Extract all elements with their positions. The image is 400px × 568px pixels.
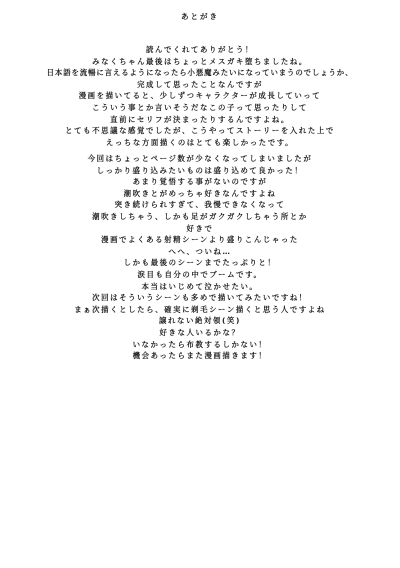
- paragraph-2: 今回はちょっとページ数が少なくなってしまいましたが しっかり盛り込みたいものは盛…: [0, 153, 400, 362]
- text-line: 今回はちょっとページ数が少なくなってしまいましたが: [0, 153, 400, 165]
- text-line: 読んでくれてありがとう！: [0, 44, 400, 56]
- text-line: 譲れない絶対領(笑): [0, 315, 400, 327]
- text-line: 漫画でよくある射精シーンより盛りこんじゃった: [0, 234, 400, 246]
- text-line: いなかったら布教するしかない！: [0, 339, 400, 351]
- afterword-title: あとがき: [0, 11, 400, 22]
- text-line: 本当はいじめて泣かせたい。: [0, 281, 400, 293]
- text-line: 潮吹きとがめっちゃ好きなんですよね: [0, 188, 400, 200]
- text-line: 機会あったらまた漫画描きます！: [0, 350, 400, 362]
- afterword-page: あとがき 読んでくれてありがとう！ みなくちゃん最後はちょっとメスガキ堕ちました…: [0, 0, 400, 568]
- text-line: しかも最後のシーンまでたっぷりと！: [0, 257, 400, 269]
- text-line: 日本語を流暢に言えるようになったら小悪魔みたいになっていまうのでしょうか、: [0, 67, 400, 79]
- text-line: 好きな人いるかな？: [0, 327, 400, 339]
- text-line: 漫画を描いてると、少しずつキャラクターが成長していって: [0, 90, 400, 102]
- text-line: 好きで: [0, 223, 400, 235]
- text-line: みなくちゃん最後はちょっとメスガキ堕ちましたね。: [0, 56, 400, 68]
- text-line: 次回はそういうシーンも多めで描いてみたいですね！: [0, 292, 400, 304]
- text-line: えっちな方面描くのはとても楽しかったです。: [0, 137, 400, 149]
- text-line: とても不思議な感覚でしたが、こうやってストーリーを入れた上で: [0, 125, 400, 137]
- text-line: 潮吹きしちゃう、しかも足がガクガクしちゃう所とか: [0, 211, 400, 223]
- text-line: 直前にセリフが決まったりするんですよね。: [0, 114, 400, 126]
- text-line: こういう事とか言いそうだなこの子って思ったりして: [0, 102, 400, 114]
- text-line: 涙目も自分の中でブームです。: [0, 269, 400, 281]
- paragraph-1: 読んでくれてありがとう！ みなくちゃん最後はちょっとメスガキ堕ちましたね。 日本…: [0, 44, 400, 148]
- text-line: へへ、ついね…: [0, 246, 400, 258]
- text-line: 完成して思ったことなんですが: [0, 79, 400, 91]
- text-line: 突き続けられすぎて、我慢できなくなって: [0, 199, 400, 211]
- text-line: しっかり盛り込みたいものは盛り込めて良かった！: [0, 165, 400, 177]
- text-line: まぁ次描くとしたら、確実に剃毛シーン描くと思う人ですよね: [0, 304, 400, 316]
- text-line: あまり覚悟する事がないのですが: [0, 176, 400, 188]
